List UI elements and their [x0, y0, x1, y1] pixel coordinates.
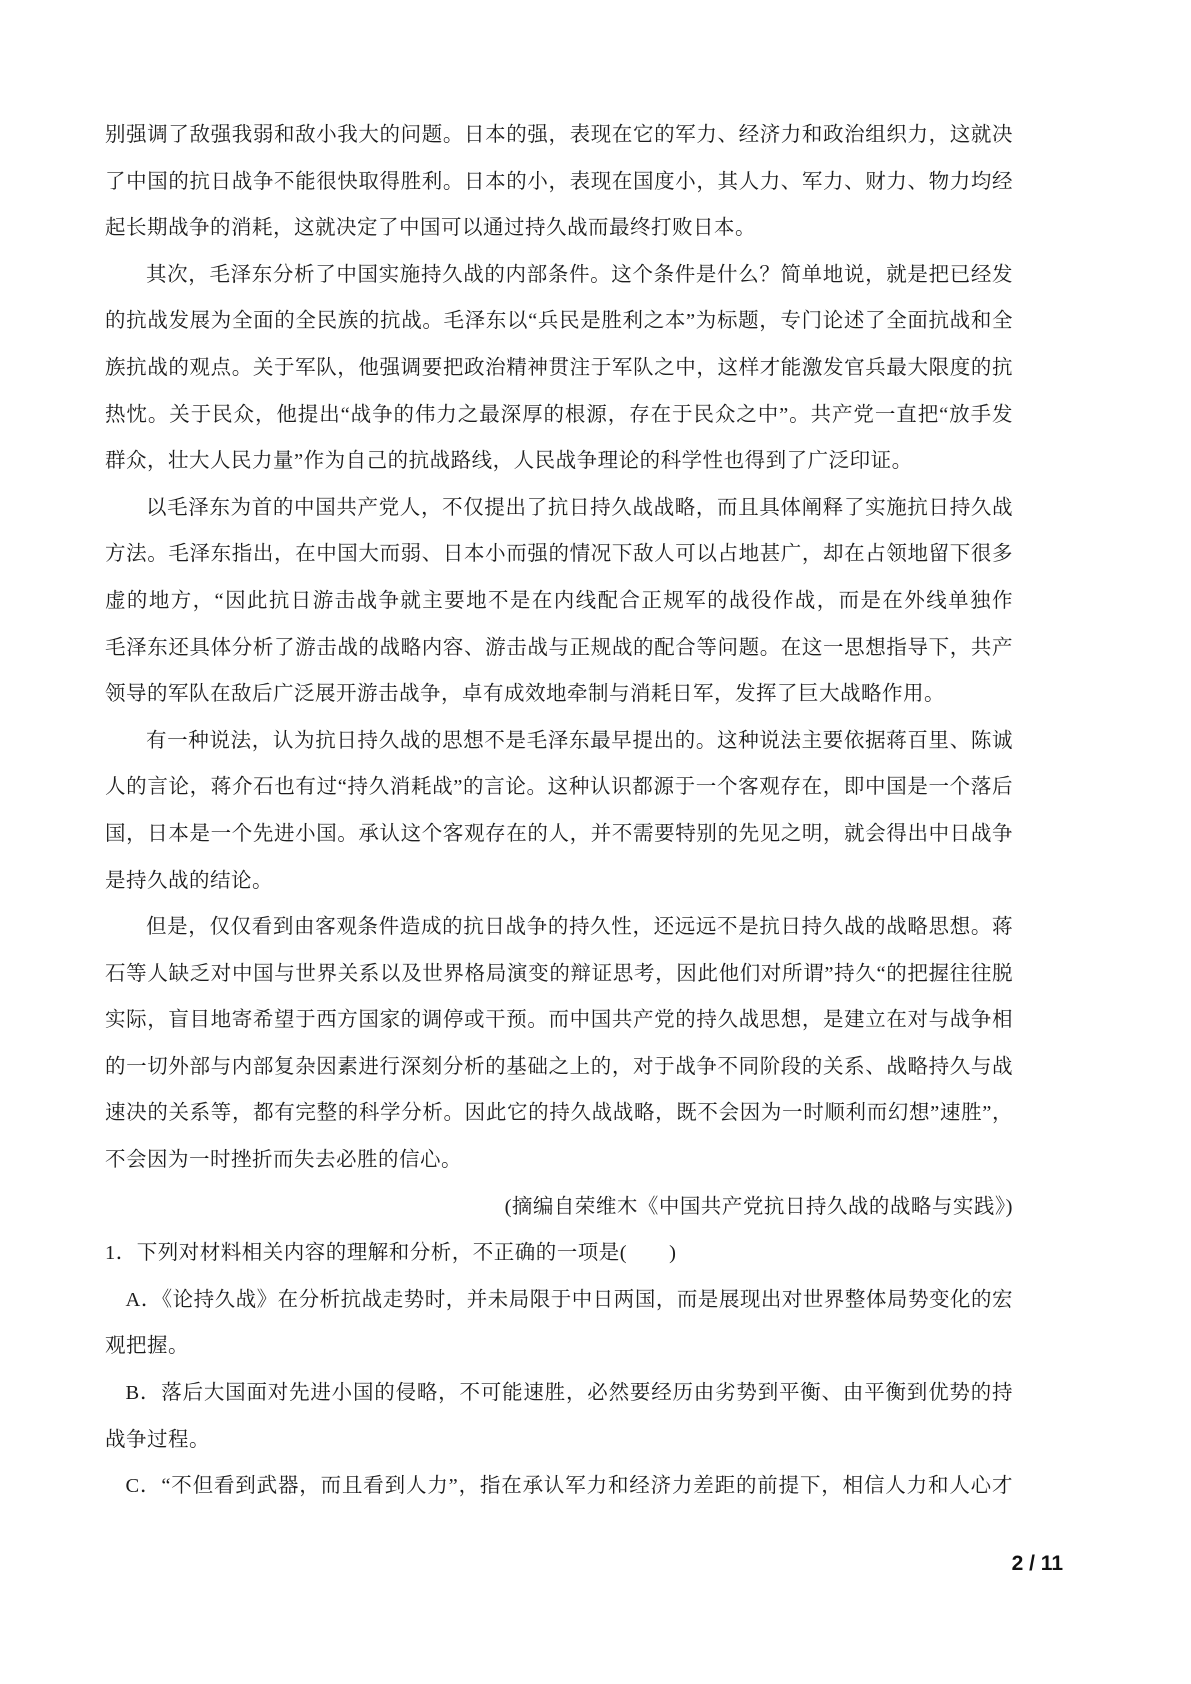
document-page: 别强调了敌强我弱和敌小我大的问题。日本的强，表现在它的军力、经济力和政治组织力，… — [0, 0, 1191, 1684]
text-line: 群众，壮大人民力量”作为自己的抗战路线，人民战争理论的科学性也得到了广泛印证。 — [105, 438, 1013, 485]
text-line: 毛泽东还具体分析了游击战的战略内容、游击战与正规战的配合等问题。在这一思想指导下… — [105, 625, 1013, 672]
text-line: 虚的地方，“因此抗日游击战争就主要地不是在内线配合正规军的战役作战，而是在外线单… — [105, 578, 1013, 625]
text-line: 有一种说法，认为抗日持久战的思想不是毛泽东最早提出的。这种说法主要依据蒋百里、陈… — [105, 718, 1013, 765]
text-line: 实际，盲目地寄希望于西方国家的调停或干预。而中国共产党的持久战思想，是建立在对与… — [105, 997, 1013, 1044]
text-line: 热忱。关于民众，他提出“战争的伟力之最深厚的根源，存在于民众之中”。共产党一直把… — [105, 392, 1013, 439]
text-line: 起长期战争的消耗，这就决定了中国可以通过持久战而最终打败日本。 — [105, 205, 1013, 252]
text-line: 了中国的抗日战争不能很快取得胜利。日本的小，表现在国度小，其人力、军力、财力、物… — [105, 159, 1013, 206]
text-line: 其次，毛泽东分析了中国实施持久战的内部条件。这个条件是什么？简单地说，就是把已经… — [105, 252, 1013, 299]
text-line: A．《论持久战》在分析抗战走势时，并未局限于中日两国，而是展现出对世界整体局势变… — [105, 1277, 1013, 1324]
text-line: 领导的军队在敌后广泛展开游击战争，卓有成效地牵制与消耗日军，发挥了巨大战略作用。 — [105, 671, 1013, 718]
text-line: 1．下列对材料相关内容的理解和分析，不正确的一项是( ) — [105, 1230, 1013, 1277]
text-line: (摘编自荣维木《中国共产党抗日持久战的战略与实践》) — [105, 1184, 1013, 1231]
text-line: 石等人缺乏对中国与世界关系以及世界格局演变的辩证思考，因此他们对所谓”持久“的把… — [105, 951, 1013, 998]
text-line: 的一切外部与内部复杂因素进行深刻分析的基础之上的，对于战争不同阶段的关系、战略持… — [105, 1044, 1013, 1091]
text-line: 观把握。 — [105, 1323, 1013, 1370]
text-line: 的抗战发展为全面的全民族的抗战。毛泽东以“兵民是胜利之本”为标题，专门论述了全面… — [105, 298, 1013, 345]
text-line: 人的言论，蒋介石也有过“持久消耗战”的言论。这种认识都源于一个客观存在，即中国是… — [105, 764, 1013, 811]
text-line: 但是，仅仅看到由客观条件造成的抗日战争的持久性，还远远不是抗日持久战的战略思想。… — [105, 904, 1013, 951]
text-line: 是持久战的结论。 — [105, 858, 1013, 905]
document-body: 别强调了敌强我弱和敌小我大的问题。日本的强，表现在它的军力、经济力和政治组织力，… — [105, 112, 1013, 1510]
text-line: 战争过程。 — [105, 1417, 1013, 1464]
page-number: 2 / 11 — [1012, 1552, 1063, 1576]
text-line: B．落后大国面对先进小国的侵略，不可能速胜，必然要经历由劣势到平衡、由平衡到优势… — [105, 1370, 1013, 1417]
text-line: 不会因为一时挫折而失去必胜的信心。 — [105, 1137, 1013, 1184]
text-line: 别强调了敌强我弱和敌小我大的问题。日本的强，表现在它的军力、经济力和政治组织力，… — [105, 112, 1013, 159]
text-line: 以毛泽东为首的中国共产党人，不仅提出了抗日持久战战略，而且具体阐释了实施抗日持久… — [105, 485, 1013, 532]
text-line: 方法。毛泽东指出，在中国大而弱、日本小而强的情况下敌人可以占地甚广，却在占领地留… — [105, 531, 1013, 578]
text-line: 族抗战的观点。关于军队，他强调要把政治精神贯注于军队之中，这样才能激发官兵最大限… — [105, 345, 1013, 392]
text-line: 国，日本是一个先进小国。承认这个客观存在的人，并不需要特别的先见之明，就会得出中… — [105, 811, 1013, 858]
text-line: 速决的关系等，都有完整的科学分析。因此它的持久战战略，既不会因为一时顺利而幻想”… — [105, 1090, 1013, 1137]
text-line: C．“不但看到武器，而且看到人力”，指在承认军力和经济力差距的前提下，相信人力和… — [105, 1463, 1013, 1510]
